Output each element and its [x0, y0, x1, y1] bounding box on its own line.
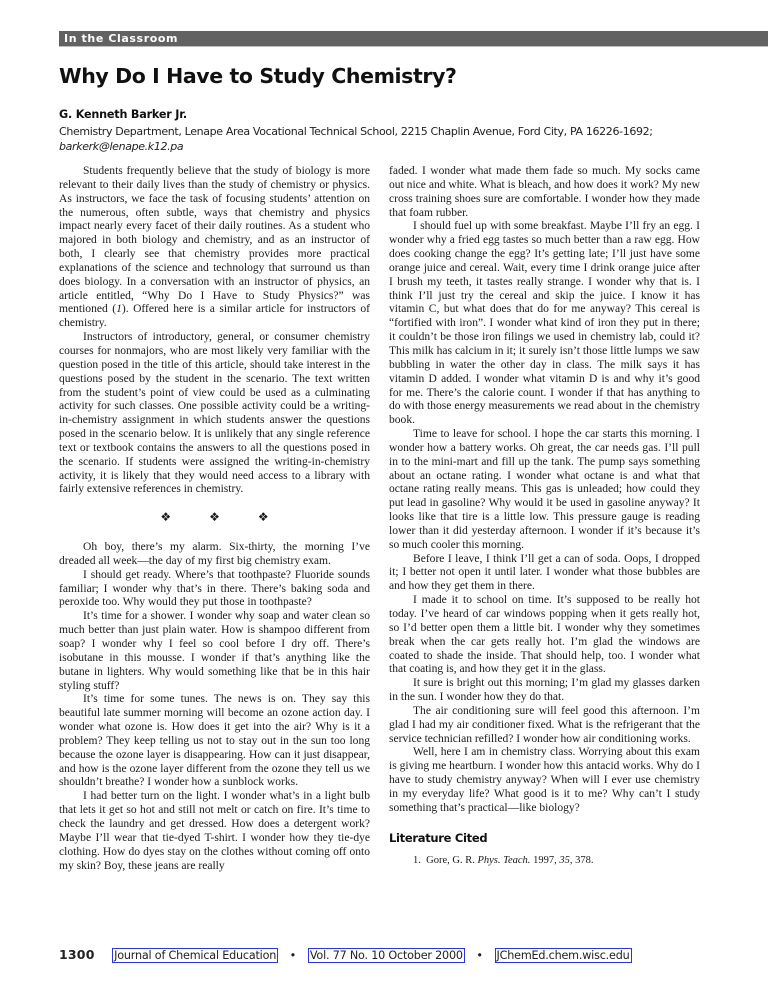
intro-paragraph-1: Students frequently believe that the stu… [59, 165, 370, 331]
reference-year: 1997 [533, 855, 554, 866]
article-title: Why Do I Have to Study Chemistry? [59, 64, 457, 88]
reference-volume: 35 [559, 855, 570, 866]
section-header-label: In the Classroom [64, 31, 178, 46]
scenario-paragraph: I had better turn on the light. I wonder… [59, 790, 370, 873]
scenario-paragraph: I should fuel up with some breakfast. Ma… [389, 220, 700, 428]
author-affiliation: Chemistry Department, Lenape Area Vocati… [59, 124, 739, 154]
scenario-paragraph: Time to leave for school. I hope the car… [389, 428, 700, 553]
scenario-paragraph: It’s time for a shower. I wonder why soa… [59, 610, 370, 693]
reference-item: 1. Gore, G. R. Phys. Teach. 1997, 35, 37… [389, 854, 700, 868]
scenario-paragraph: I made it to school on time. It’s suppos… [389, 594, 700, 677]
scenario-paragraph: Before I leave, I think I’ll get a can o… [389, 553, 700, 595]
reference-page: 378. [575, 855, 593, 866]
reference-number: 1. [413, 855, 421, 866]
page-footer: 1300 Journal of Chemical Education • Vol… [59, 947, 632, 965]
bullet-separator: • [476, 949, 483, 962]
reference-authors: Gore, G. R. [426, 855, 475, 866]
issue-link[interactable]: Vol. 77 No. 10 October 2000 [308, 948, 465, 963]
journal-link[interactable]: Journal of Chemical Education [112, 948, 278, 963]
scenario-paragraph: It’s time for some tunes. The news is on… [59, 693, 370, 790]
affiliation-text: Chemistry Department, Lenape Area Vocati… [59, 125, 653, 138]
scenario-paragraph: It sure is bright out this morning; I’m … [389, 677, 700, 705]
dingbat-icon: ❖ [258, 511, 269, 525]
bullet-separator: • [290, 949, 297, 962]
scenario-paragraph: The air conditioning sure will feel good… [389, 705, 700, 747]
dingbat-icon: ❖ [160, 511, 171, 525]
page-number: 1300 [59, 947, 95, 962]
scenario-paragraph: Oh boy, there’s my alarm. Six-thirty, th… [59, 541, 370, 569]
right-column: faded. I wonder what made them fade so m… [389, 165, 700, 867]
reference-journal: Phys. Teach. [477, 855, 530, 866]
scenario-paragraph-continued: faded. I wonder what made them fade so m… [389, 165, 700, 220]
author-name: G. Kenneth Barker Jr. [59, 108, 187, 121]
section-header-bar: In the Classroom [59, 31, 768, 47]
intro-paragraph-2: Instructors of introductory, general, or… [59, 331, 370, 497]
intro-paragraph-1-text: Students frequently believe that the stu… [59, 165, 370, 315]
website-link[interactable]: JChemEd.chem.wisc.edu [495, 948, 632, 963]
section-separator: ❖❖❖ [59, 511, 370, 525]
dingbat-icon: ❖ [209, 511, 220, 525]
scenario-paragraph: I should get ready. Where’s that toothpa… [59, 569, 370, 611]
left-column: Students frequently believe that the stu… [59, 165, 370, 873]
scenario-paragraph: Well, here I am in chemistry class. Worr… [389, 746, 700, 815]
author-email: barkerk@lenape.k12.pa [59, 139, 739, 154]
literature-cited-heading: Literature Cited [389, 832, 700, 846]
